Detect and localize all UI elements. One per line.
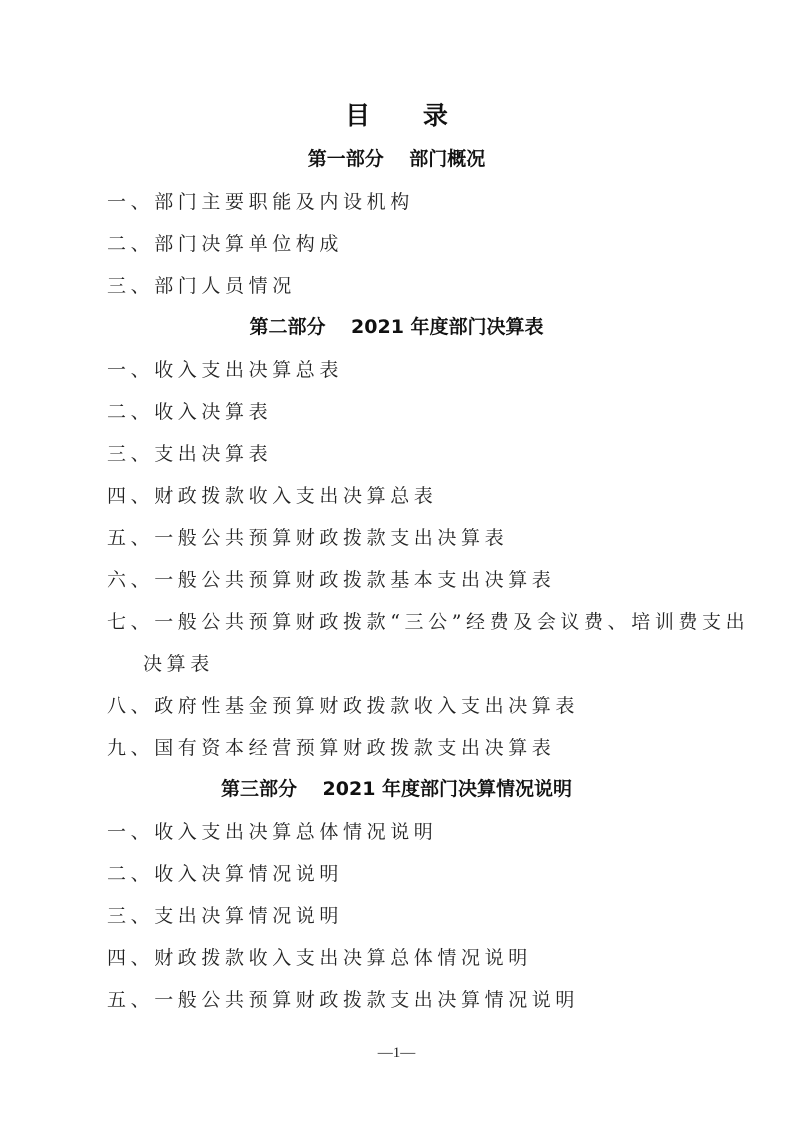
toc-entry[interactable]: 四、财政拨款收入支出决算总体情况说明 <box>107 944 532 972</box>
toc-entry[interactable]: 五、一般公共预算财政拨款支出决算表 <box>107 524 508 552</box>
toc-entry[interactable]: 六、一般公共预算财政拨款基本支出决算表 <box>107 566 555 594</box>
toc-title: 目 录 <box>0 98 793 134</box>
toc-entry[interactable]: 八、政府性基金预算财政拨款收入支出决算表 <box>107 692 579 720</box>
toc-entry[interactable]: 五、一般公共预算财政拨款支出决算情况说明 <box>107 986 579 1014</box>
toc-entry[interactable]: 一、部门主要职能及内设机构 <box>107 188 414 216</box>
part-3-heading: 第三部分 2021 年度部门决算情况说明 <box>0 775 793 803</box>
toc-entry[interactable]: 三、部门人员情况 <box>107 272 296 300</box>
toc-entry[interactable]: 一、收入支出决算总表 <box>107 356 343 384</box>
toc-entry[interactable]: 二、收入决算情况说明 <box>107 860 343 888</box>
toc-entry[interactable]: 九、国有资本经营预算财政拨款支出决算表 <box>107 734 555 762</box>
page-number: —1— <box>0 1043 793 1063</box>
toc-entry[interactable]: 三、支出决算表 <box>107 440 272 468</box>
toc-entry-continuation[interactable]: 决算表 <box>143 650 214 678</box>
toc-entry[interactable]: 三、支出决算情况说明 <box>107 902 343 930</box>
part-1-heading: 第一部分 部门概况 <box>0 145 793 173</box>
toc-entry[interactable]: 七、一般公共预算财政拨款“三公”经费及会议费、培训费支出 <box>107 608 749 636</box>
toc-entry[interactable]: 四、财政拨款收入支出决算总表 <box>107 482 437 510</box>
document-page: 目 录 第一部分 部门概况 一、部门主要职能及内设机构 二、部门决算单位构成 三… <box>0 0 793 1122</box>
toc-entry[interactable]: 二、部门决算单位构成 <box>107 230 343 258</box>
toc-entry[interactable]: 一、收入支出决算总体情况说明 <box>107 818 437 846</box>
part-2-heading: 第二部分 2021 年度部门决算表 <box>0 313 793 341</box>
toc-entry[interactable]: 二、收入决算表 <box>107 398 272 426</box>
